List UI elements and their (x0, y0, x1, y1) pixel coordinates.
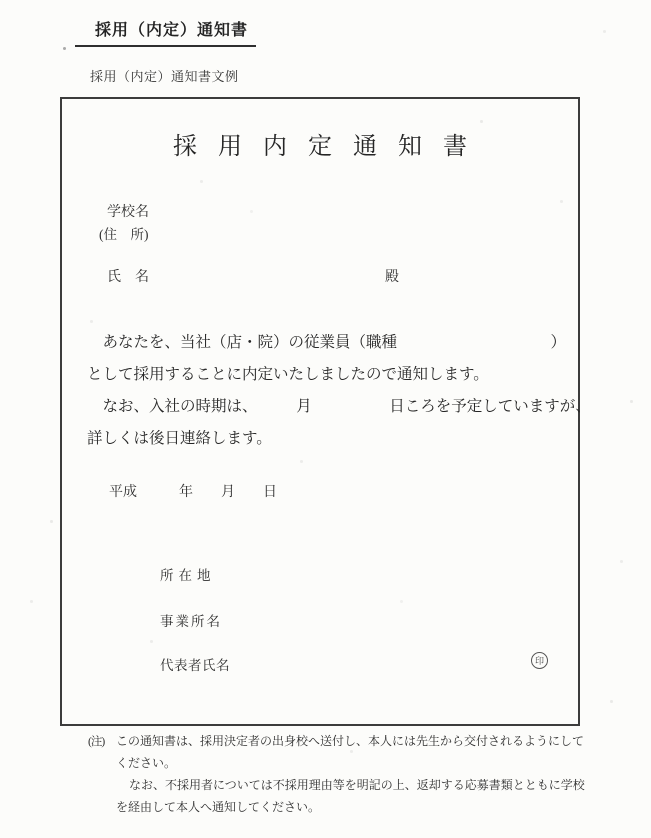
body-line-1-closing-paren: ） (550, 330, 566, 352)
body-line-1: あなたを、当社（店・院）の従業員（職種 ） (87, 330, 566, 352)
note-paragraph-2: なお、不採用者については不採用理由等を明記の上、返却する応募書類とともに学校を経… (88, 774, 588, 818)
issuer-office-name-label: 事業所名 (160, 610, 222, 630)
form-title: 採用内定通知書 (62, 126, 578, 161)
body-line-2: として採用することに内定いたしましたので通知します。 (87, 362, 566, 384)
seal-stamp-icon: 印 (531, 652, 548, 669)
document-subtitle: 採用（内定）通知書文例 (90, 66, 239, 85)
note-marker: (注) (88, 731, 104, 753)
honorific-dono: 殿 (385, 266, 399, 286)
address-label: (住 所) (99, 223, 149, 243)
issuer-location-label: 所在地 (160, 564, 216, 584)
scan-noise-speckles (63, 47, 66, 50)
note-paragraph-1: この通知書は、採用決定者の出身校へ送付し、本人には先生から交付されるようにしてく… (88, 730, 588, 774)
date-line-heisei: 平成 年 月 日 (109, 481, 277, 501)
school-name-label: 学校名 (107, 201, 149, 221)
issuer-representative-label: 代表者氏名 (160, 654, 230, 674)
recipient-name-label: 氏 名 (107, 266, 149, 286)
body-line-4: 詳しくは後日連絡します。 (87, 426, 566, 448)
body-line-3: なお、入社の時期は、 月 日ころを予定していますが、 (87, 394, 566, 416)
notification-form-box: 採用内定通知書 学校名 (住 所) 氏 名 殿 あなたを、当社（店・院）の従業員… (60, 97, 580, 726)
body-line-1-text: あなたを、当社（店・院）の従業員（職種 (87, 330, 397, 352)
document-header-title: 採用（内定）通知書 (75, 17, 256, 47)
footer-note: (注) この通知書は、採用決定者の出身校へ送付し、本人には先生から交付されるよう… (88, 730, 588, 818)
